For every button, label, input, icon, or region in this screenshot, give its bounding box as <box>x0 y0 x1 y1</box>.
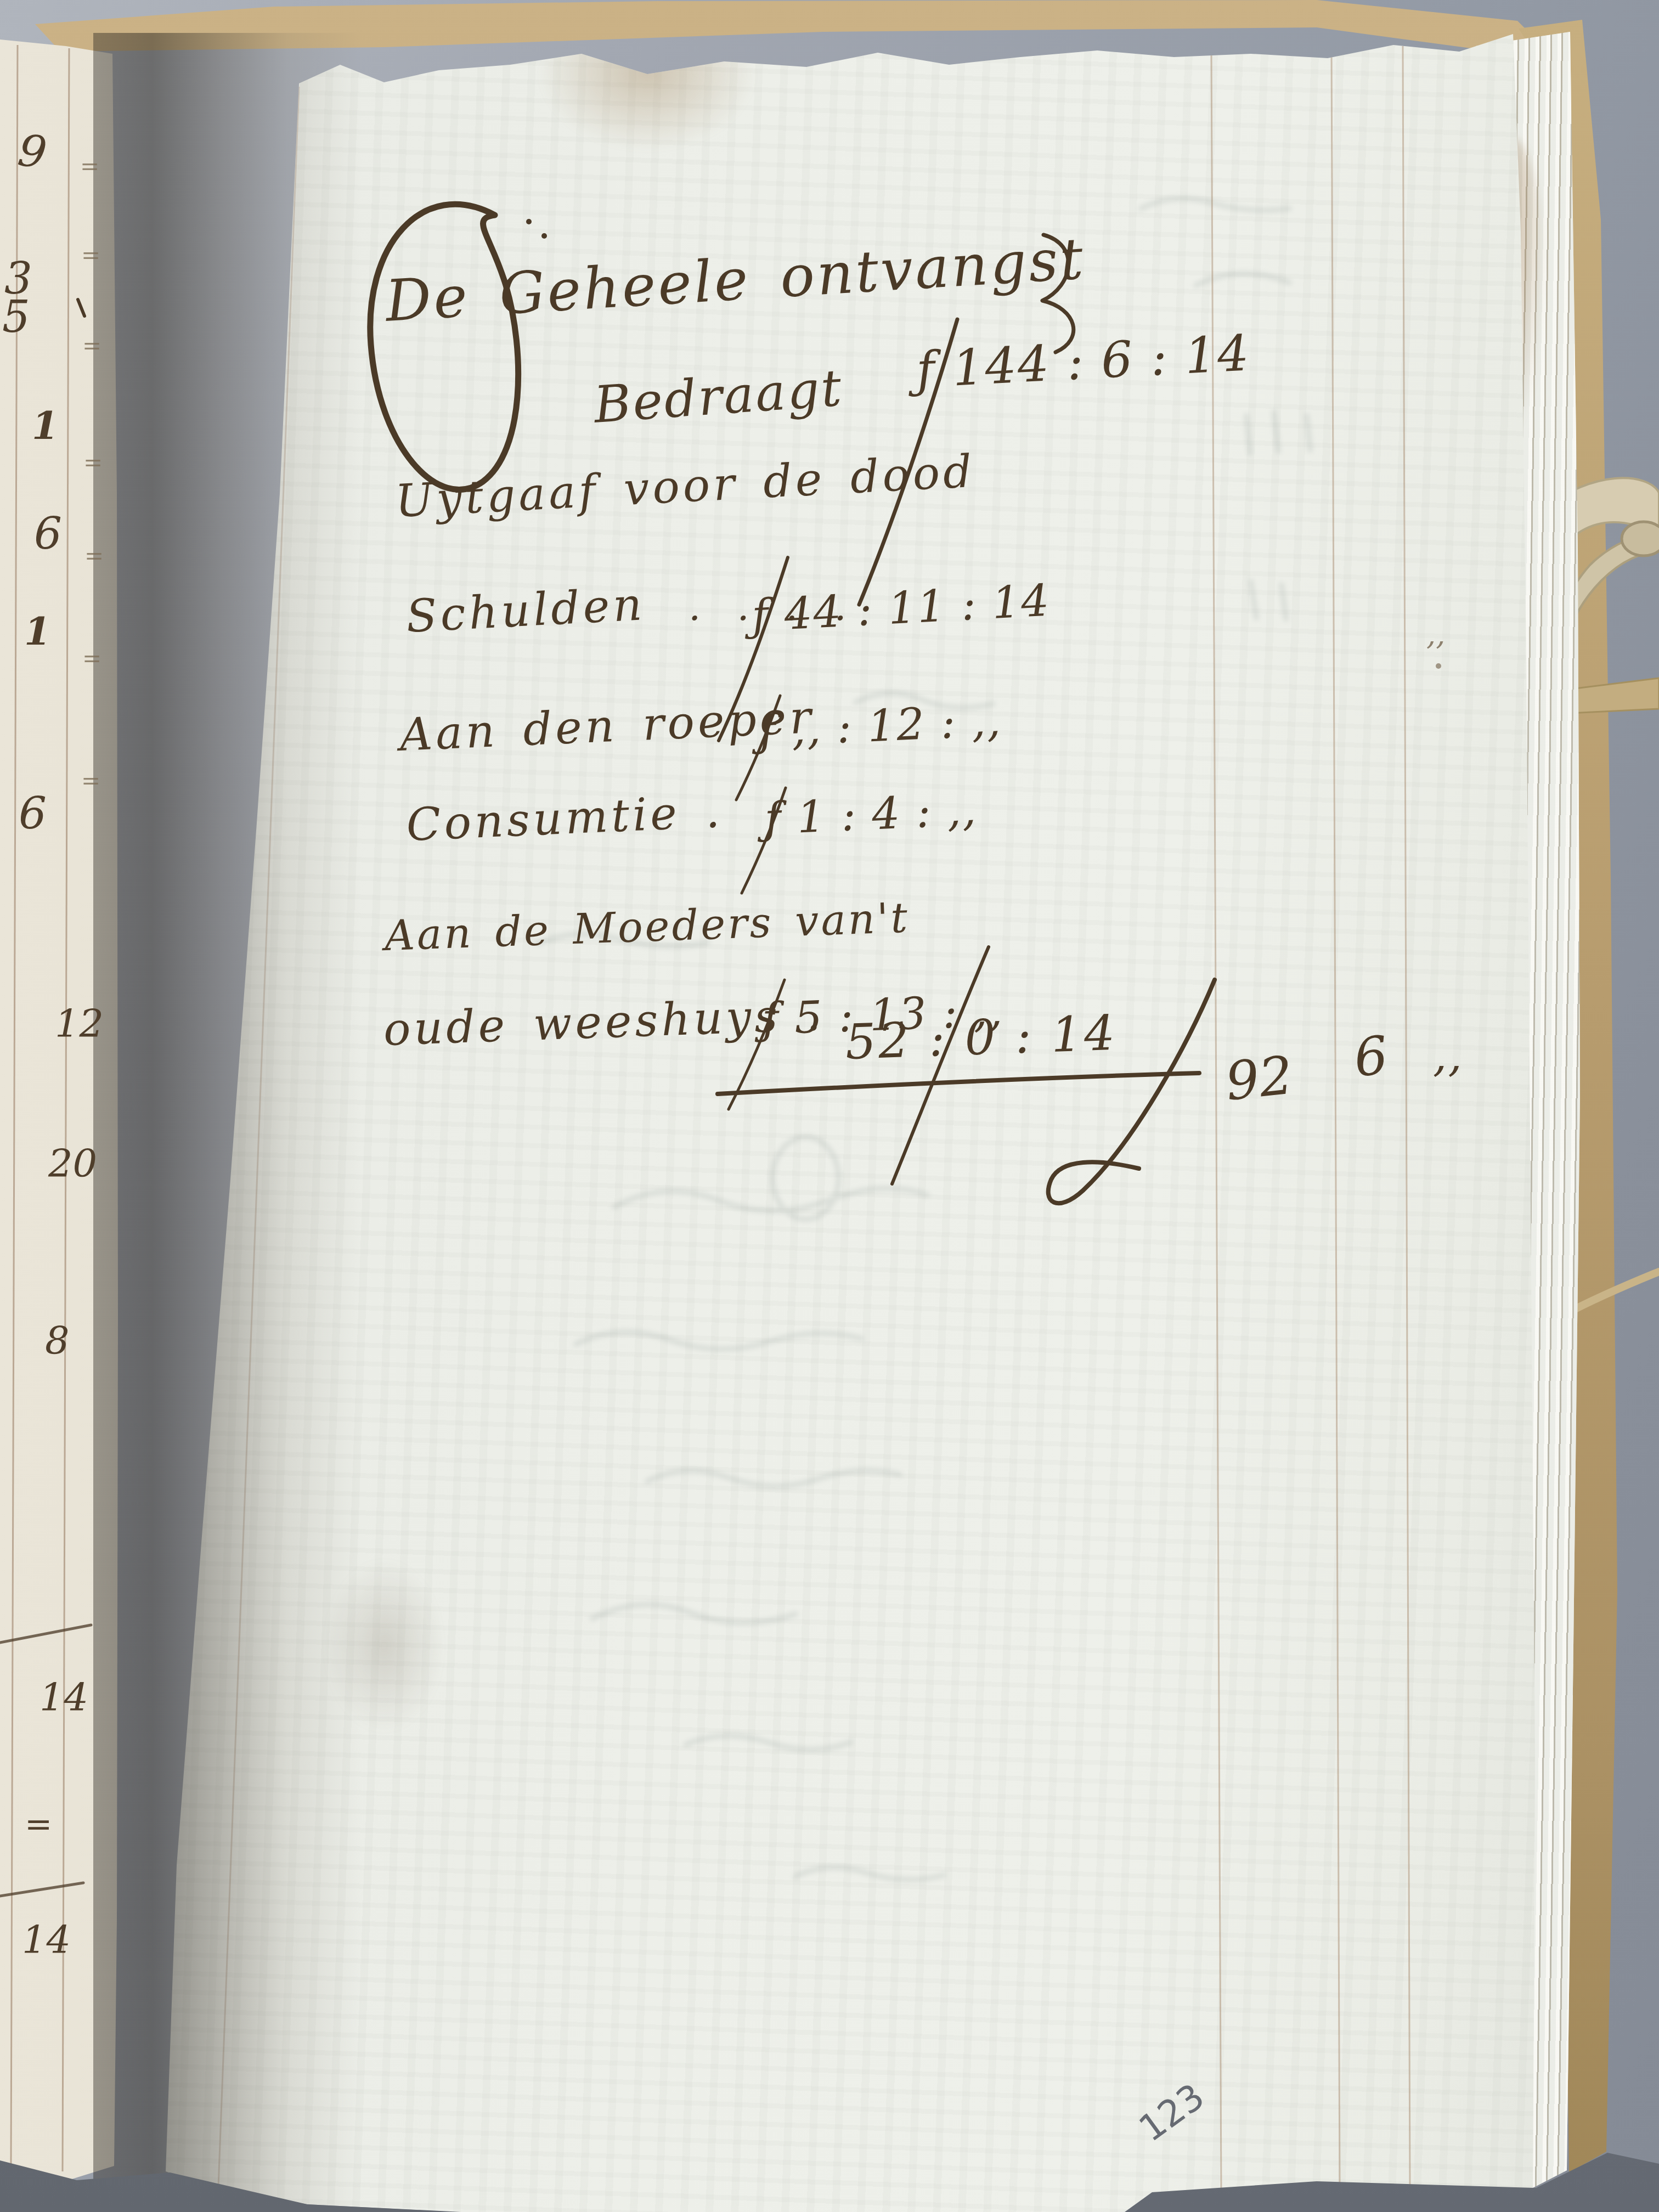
margin-number: 5 <box>2 291 30 342</box>
margin-number: 14 <box>22 1917 71 1962</box>
balance-stuivers: 6 <box>1351 1024 1391 1089</box>
margin-tick <box>78 300 84 316</box>
ditto-mark: = <box>84 543 104 569</box>
ditto-mark: = <box>82 645 101 672</box>
margin-number: = <box>25 1805 52 1843</box>
amount-label: Bedraagt <box>591 359 845 435</box>
expenses-total: 52 : 0 : 14 <box>844 1005 1118 1070</box>
margin-number: 8 <box>45 1318 70 1363</box>
margin-number: 12 <box>55 1001 104 1046</box>
ditto-mark: = <box>82 332 101 359</box>
initial-d-flourish <box>370 204 518 489</box>
sum-rule <box>718 1073 1199 1094</box>
flourish-dot <box>526 219 532 224</box>
folio-page-number: 123 <box>1131 2075 1212 2150</box>
margin-number: 14 <box>39 1675 88 1720</box>
manuscript-photo: De Geheele ontvangst Bedraagt ƒ 144 : 6 … <box>0 0 1659 2212</box>
margin-sum-rule <box>0 1883 83 1896</box>
entry-amount: ƒ ,, : 12 : ,, <box>750 695 1003 757</box>
margin-number: 6 <box>34 508 62 559</box>
entry-amount: ƒ 1 : 4 : ,, <box>755 784 978 844</box>
margin-number: 1 <box>24 608 51 654</box>
section-heading: Uytgaaf voor de dood <box>394 445 977 528</box>
margin-sum-rule <box>0 1625 91 1643</box>
flourish-dot <box>541 233 547 239</box>
total-amount: ƒ 144 : 6 : 14 <box>906 324 1251 400</box>
margin-number: 6 <box>19 788 47 839</box>
ditto-mark: = <box>80 153 99 180</box>
handwriting-layer: De Geheele ontvangst Bedraagt ƒ 144 : 6 … <box>0 0 1659 2212</box>
ditto-mark: = <box>83 449 103 476</box>
margin-number: 1 <box>32 403 59 448</box>
stray-dot <box>1436 663 1441 669</box>
entry-label: Aan de Moeders van't <box>381 893 911 961</box>
margin-number: 20 <box>48 1141 97 1186</box>
balance-guilders: 92 <box>1223 1045 1296 1113</box>
margin-number: 9 <box>15 125 49 179</box>
entry-label: Schulden <box>405 578 646 643</box>
stray-mark: ,, <box>1426 617 1445 652</box>
entry-label: Consumtie . <box>405 786 724 851</box>
ditto-mark: = <box>81 768 100 794</box>
entry-label: Aan den roeper <box>395 691 816 761</box>
balance-penningen: ,, <box>1433 1030 1463 1081</box>
ditto-mark: = <box>81 242 100 269</box>
